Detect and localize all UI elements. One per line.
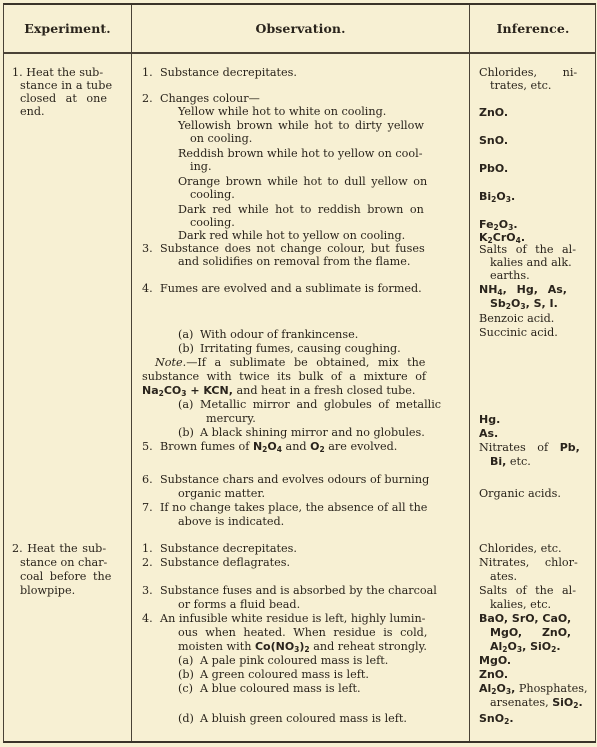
- obs-num: 2.: [142, 92, 153, 105]
- obs-sub-label: (a): [178, 328, 193, 341]
- obs-sub-text: A bluish green coloured mass is left.: [200, 712, 407, 725]
- experiment-line: closed at one: [20, 92, 107, 105]
- inference-formula: MgO.: [479, 654, 511, 667]
- obs-num: 6.: [142, 473, 153, 486]
- obs-sub-text: Irritating fumes, causing coughing.: [200, 342, 401, 355]
- inference-text: Al2O3, Phosphates,: [479, 682, 588, 695]
- obs-sub-label: (b): [178, 342, 194, 355]
- obs-num: 7.: [142, 501, 153, 514]
- obs-sub-text: With odour of frankincense.: [200, 328, 358, 341]
- obs-num: 2.: [142, 556, 153, 569]
- inference-text: arsenates, SiO2.: [490, 696, 583, 709]
- obs-sub-text: A pale pink coloured mass is left.: [200, 654, 388, 667]
- obs-num: 3.: [142, 584, 153, 597]
- inference-text: Salts of the al-: [479, 584, 576, 597]
- inference-formula: MgO, ZnO,: [490, 626, 571, 639]
- obs-sub-label: (b): [178, 668, 194, 681]
- inference-text: Nitrates, chlor-: [479, 556, 578, 569]
- obs-text: Substance chars and evolves odours of bu…: [160, 473, 429, 486]
- inference-text: Chlorides, etc.: [479, 542, 562, 555]
- note-label: Note.: [155, 356, 186, 369]
- obs-text: Substance does not change colour, but fu…: [160, 242, 425, 255]
- obs-sub-label: (c): [178, 682, 193, 695]
- obs-sub-text: Reddish brown while hot to yellow on coo…: [178, 147, 422, 160]
- inference-text: Chlorides, ni-: [479, 66, 577, 79]
- experiment-line: coal before the: [20, 570, 111, 583]
- obs-num: 4.: [142, 612, 153, 625]
- inference-text: Organic acids.: [479, 487, 561, 500]
- obs-sub-label: (a): [178, 398, 193, 411]
- inference-formula: Fe2O3.: [479, 218, 518, 231]
- inference-text: Salts of the al-: [479, 243, 576, 256]
- obs-text: If no change takes place, the absence of…: [160, 501, 427, 514]
- inference-text: ates.: [490, 570, 517, 583]
- experiment-line: stance in a tube: [20, 79, 112, 92]
- experiment-line: blowpipe.: [20, 584, 75, 597]
- obs-text: Brown fumes of N2O4 and O2 are evolved.: [160, 440, 397, 453]
- obs-text: Substance deflagrates.: [160, 556, 290, 569]
- header-experiment: Experiment.: [4, 5, 131, 52]
- header-observation: Observation.: [132, 5, 469, 52]
- inference-formula: ZnO.: [479, 106, 508, 119]
- inference-formula: Al2O3, SiO2.: [490, 640, 561, 653]
- column-divider: [131, 5, 132, 741]
- inference-formula: SnO2.: [479, 712, 514, 725]
- inference-formula: PbO.: [479, 162, 508, 175]
- obs-text: Changes colour—: [160, 92, 260, 105]
- inference-formula: BaO, SrO, CaO,: [479, 612, 571, 625]
- experiment-line: end.: [20, 105, 45, 118]
- obs-num: 3.: [142, 242, 153, 255]
- obs-sub-text: mercury.: [206, 412, 256, 425]
- inference-formula: Bi2O3.: [479, 190, 515, 203]
- obs-text: above is indicated.: [178, 515, 284, 528]
- experiment-line: 2. Heat the sub-: [12, 542, 106, 555]
- obs-num: 5.: [142, 440, 153, 453]
- obs-text: Substance decrepitates.: [160, 66, 297, 79]
- note-text: substance with twice its bulk of a mixtu…: [142, 370, 426, 383]
- inference-formula: Sb2O3, S, I.: [490, 297, 558, 310]
- obs-sub-text: cooling.: [190, 188, 235, 201]
- column-divider: [469, 5, 470, 741]
- note-text: Na2CO3 + KCN, and heat in a fresh closed…: [142, 384, 415, 397]
- obs-text: An infusible white residue is left, high…: [160, 612, 425, 625]
- obs-sub-text: cooling.: [190, 216, 235, 229]
- experiment-line: 1. Heat the sub-: [12, 66, 103, 79]
- inference-formula: NH4, Hg, As,: [479, 283, 567, 296]
- inference-text: Bi, etc.: [490, 455, 531, 468]
- obs-text: ous when heated. When residue is cold,: [178, 626, 427, 639]
- inference-text: Nitrates of Pb,: [479, 441, 580, 454]
- inference-formula: SnO.: [479, 134, 508, 147]
- inference-text: Succinic acid.: [479, 326, 558, 339]
- obs-num: 1.: [142, 66, 153, 79]
- obs-sub-text: Dark red while hot to yellow on cooling.: [178, 229, 405, 242]
- obs-sub-text: Dark red while hot to reddish brown on: [178, 203, 424, 216]
- note-text: —If a sublimate be obtained, mix the: [186, 356, 425, 369]
- column-divider: [595, 5, 596, 741]
- obs-sub-text: ing.: [190, 160, 212, 173]
- obs-sub-text: A blue coloured mass is left.: [200, 682, 361, 695]
- experiment-line: stance on char-: [20, 556, 107, 569]
- inference-formula: Hg.: [479, 413, 500, 426]
- inference-text: earths.: [490, 269, 530, 282]
- obs-text: Substance fuses and is absorbed by the c…: [160, 584, 437, 597]
- obs-text: moisten with Co(NO3)2 and reheat strongl…: [178, 640, 427, 653]
- obs-sub-text: Yellowish brown while hot to dirty yello…: [178, 119, 424, 132]
- obs-sub-label: (a): [178, 654, 193, 667]
- header-rule: [4, 52, 596, 54]
- inference-formula: ZnO.: [479, 668, 508, 681]
- obs-text: organic matter.: [178, 487, 265, 500]
- inference-text: Benzoic acid.: [479, 312, 554, 325]
- obs-sub-text: Metallic mirror and globules of metallic: [200, 398, 441, 411]
- inference-text: kalies and alk.: [490, 256, 572, 269]
- obs-sub-text: Yellow while hot to white on cooling.: [178, 105, 386, 118]
- inference-text: kalies, etc.: [490, 598, 551, 611]
- obs-sub-label: (b): [178, 426, 194, 439]
- obs-num: 4.: [142, 282, 153, 295]
- inference-text: trates, etc.: [490, 79, 551, 92]
- obs-text: and solidifies on removal from the flame…: [178, 255, 410, 268]
- obs-sub-text: Orange brown while hot to dull yellow on: [178, 175, 427, 188]
- header-inference: Inference.: [470, 5, 596, 52]
- obs-sub-text: A green coloured mass is left.: [200, 668, 369, 681]
- inference-formula: As.: [479, 427, 498, 440]
- obs-text: Substance decrepitates.: [160, 542, 297, 555]
- obs-sub-label: (d): [178, 712, 194, 725]
- obs-sub-text: A black shining mirror and no globules.: [200, 426, 425, 439]
- obs-sub-text: on cooling.: [190, 132, 252, 145]
- obs-text: Fumes are evolved and a sublimate is for…: [160, 282, 422, 295]
- obs-num: 1.: [142, 542, 153, 555]
- note-line: Note.—If a sublimate be obtained, mix th…: [155, 356, 425, 369]
- obs-text: or forms a fluid bead.: [178, 598, 300, 611]
